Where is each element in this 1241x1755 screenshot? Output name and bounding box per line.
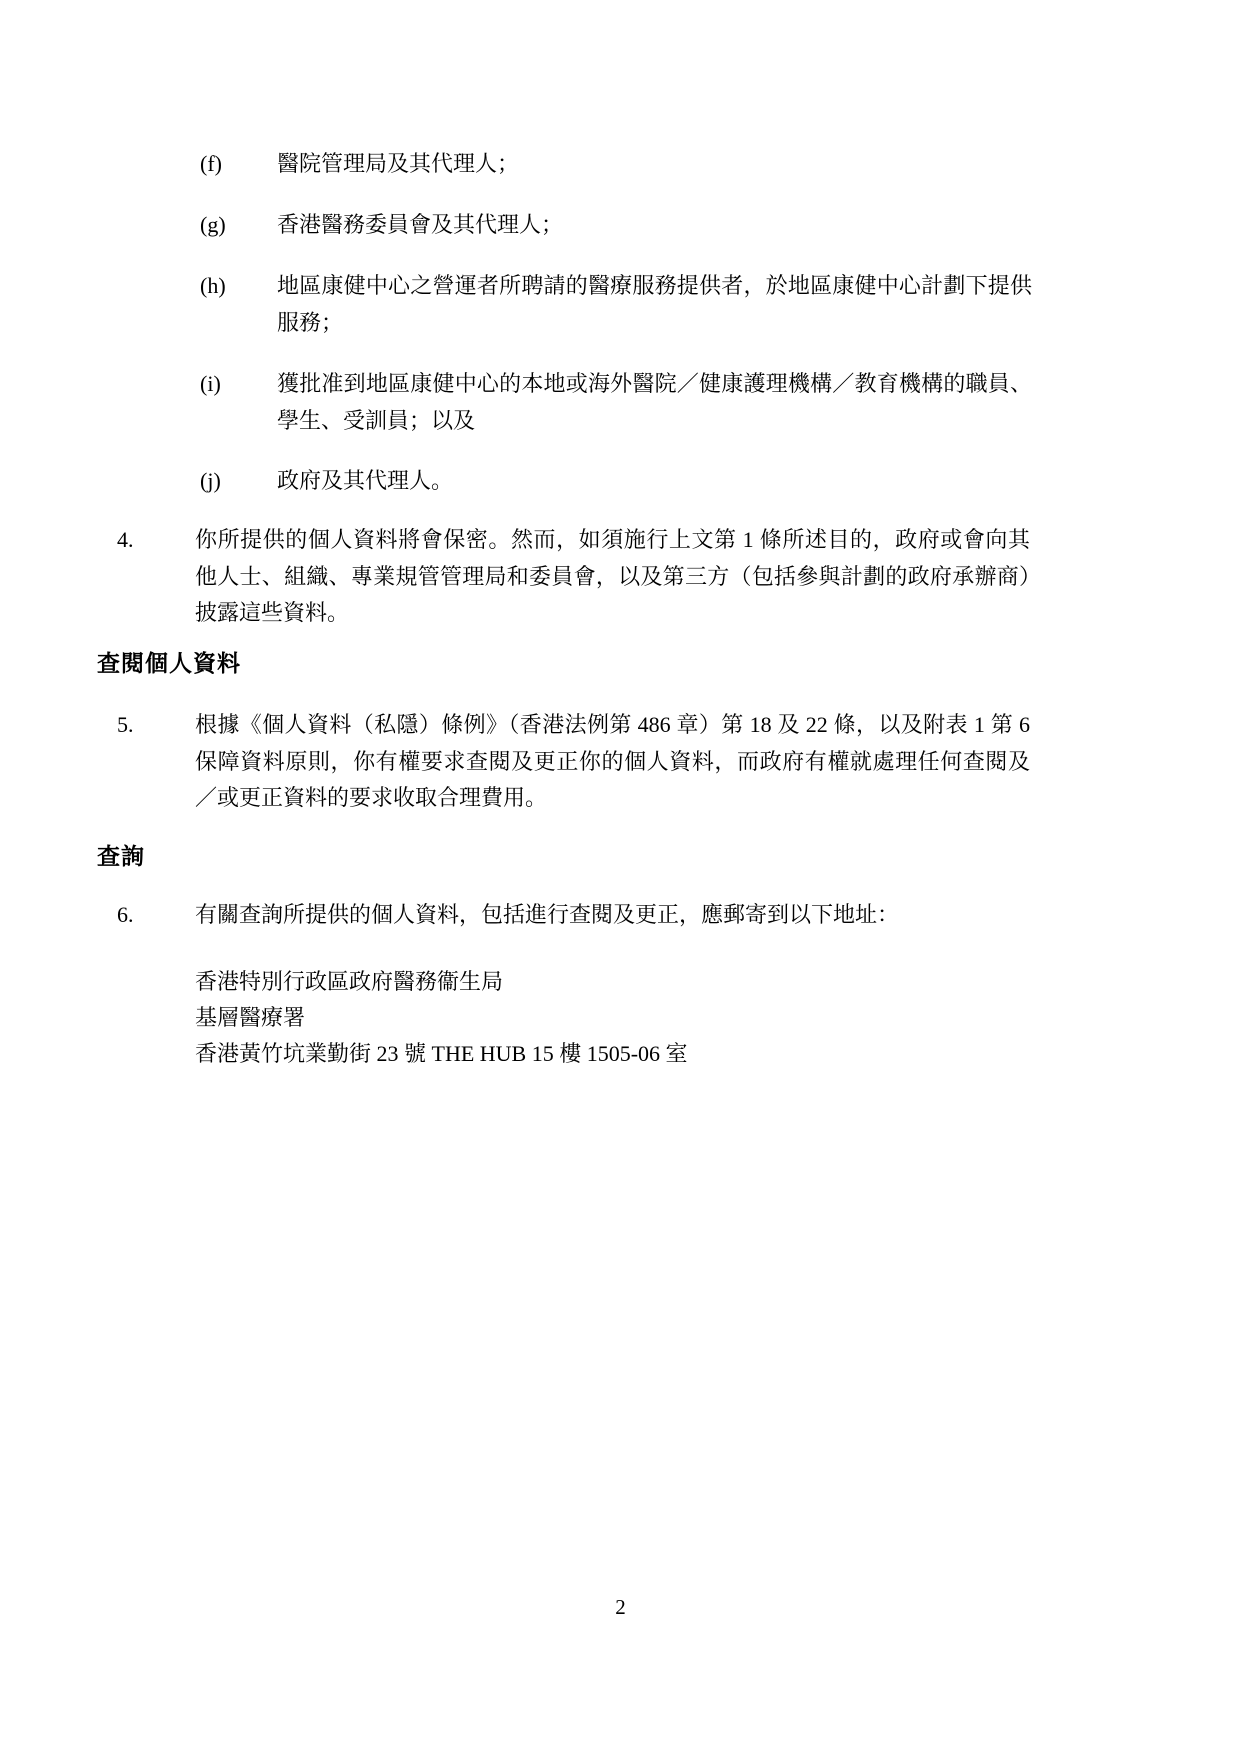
section-heading-enquiry: 查詢 xyxy=(97,839,145,875)
list-item-f: (f) 醫院管理局及其代理人； xyxy=(200,146,1032,183)
list-item-text: 醫院管理局及其代理人； xyxy=(277,146,1032,183)
address-line-street: 香港黃竹坑業勤街 23 號 THE HUB 15 樓 1505-06 室 xyxy=(195,1036,688,1072)
address-line-bureau: 香港特別行政區政府醫務衞生局 xyxy=(195,964,688,1000)
paragraph-number: 4. xyxy=(117,522,195,559)
list-item-g: (g) 香港醫務委員會及其代理人； xyxy=(200,207,1032,244)
paragraph-text: 根據《個人資料（私隱）條例》（香港法例第 486 章）第 18 及 22 條，以… xyxy=(195,707,1030,817)
section-heading-access-personal-data: 查閱個人資料 xyxy=(97,646,241,682)
list-item-i: (i) 獲批准到地區康健中心的本地或海外醫院／健康護理機構／教育機構的職員、學生… xyxy=(200,366,1032,439)
address-line-office: 基層醫療署 xyxy=(195,1000,688,1036)
list-item-j: (j) 政府及其代理人。 xyxy=(200,463,1032,500)
list-item-h: (h) 地區康健中心之營運者所聘請的醫療服務提供者，於地區康健中心計劃下提供服務… xyxy=(200,268,1032,341)
paragraph-text: 有關查詢所提供的個人資料，包括進行查閱及更正，應郵寄到以下地址： xyxy=(195,897,1030,934)
paragraph-6: 6. 有關查詢所提供的個人資料，包括進行查閱及更正，應郵寄到以下地址： xyxy=(117,897,1030,934)
mailing-address: 香港特別行政區政府醫務衞生局 基層醫療署 香港黃竹坑業勤街 23 號 THE H… xyxy=(195,964,688,1072)
paragraph-5: 5. 根據《個人資料（私隱）條例》（香港法例第 486 章）第 18 及 22 … xyxy=(117,707,1030,817)
paragraph-text: 你所提供的個人資料將會保密。然而，如須施行上文第 1 條所述目的，政府或會向其他… xyxy=(195,522,1030,632)
list-item-label: (j) xyxy=(200,463,277,500)
list-item-text: 政府及其代理人。 xyxy=(277,463,1032,500)
document-page: (f) 醫院管理局及其代理人； (g) 香港醫務委員會及其代理人； (h) 地區… xyxy=(0,0,1241,1755)
list-item-text: 地區康健中心之營運者所聘請的醫療服務提供者，於地區康健中心計劃下提供服務； xyxy=(277,268,1032,341)
page-number: 2 xyxy=(0,1589,1241,1625)
list-item-label: (g) xyxy=(200,207,277,244)
list-item-label: (i) xyxy=(200,366,277,403)
list-item-text: 香港醫務委員會及其代理人； xyxy=(277,207,1032,244)
list-item-label: (f) xyxy=(200,146,277,183)
paragraph-number: 6. xyxy=(117,897,195,934)
paragraph-4: 4. 你所提供的個人資料將會保密。然而，如須施行上文第 1 條所述目的，政府或會… xyxy=(117,522,1030,632)
list-item-text: 獲批准到地區康健中心的本地或海外醫院／健康護理機構／教育機構的職員、學生、受訓員… xyxy=(277,366,1032,439)
paragraph-number: 5. xyxy=(117,707,195,744)
list-item-label: (h) xyxy=(200,268,277,305)
